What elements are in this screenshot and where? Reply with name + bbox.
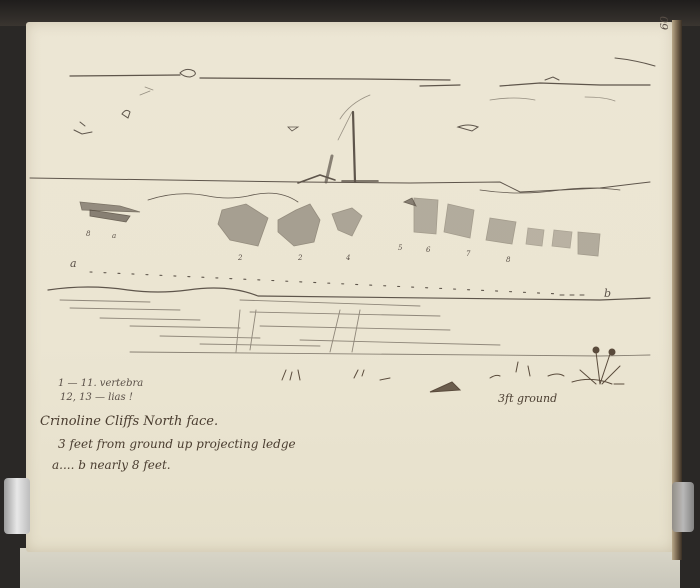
note-line: 3 feet from ground up projecting ledge [58, 437, 296, 451]
note-line: 1 — 11. vertebra [58, 378, 143, 389]
page-number: 60 [658, 16, 671, 30]
small-label: 8 [86, 230, 90, 238]
vertebra-number: 2 [238, 254, 242, 262]
vertebra-number: 7 [466, 250, 470, 258]
vertebra-number: 4 [346, 254, 350, 262]
bird-mark [180, 69, 195, 77]
vertebra-number: 6 [426, 246, 430, 254]
vertebra-number: 5 [398, 244, 402, 252]
mast [353, 112, 355, 182]
point-a-label: a [70, 257, 77, 270]
vertebra-number: 2 [298, 254, 302, 262]
ground-label: 3ft ground [498, 392, 557, 405]
note-line: Crinoline Cliffs North face. [40, 414, 218, 429]
pencil-sketch [0, 0, 700, 588]
vertebra-number: 8 [506, 256, 510, 264]
note-line: a.... b nearly 8 feet. [52, 458, 171, 472]
note-line: 12, 13 — lias ! [60, 392, 133, 403]
point-b-label: b [604, 287, 611, 300]
small-label: a [112, 232, 116, 240]
